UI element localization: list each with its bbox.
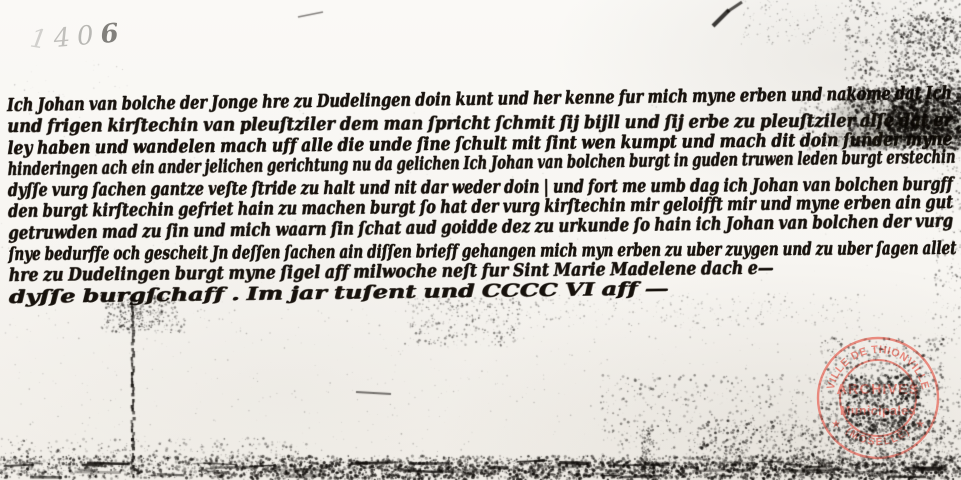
year-digit: 0 [76, 20, 102, 52]
manuscript-text-block: Ich Johan van bolche der Jonge hre zu Du… [7, 87, 961, 309]
svg-text:(MOSELLE): (MOSELLE) [843, 425, 913, 448]
star-icon: ★ [831, 419, 841, 431]
archive-stamp: VILLE DE THIONVILLE (MOSELLE) ARCHIVES M… [803, 324, 953, 476]
stamp-center-line1: ARCHIVES [837, 382, 920, 398]
manuscript-scan-page: 1406 Ich Johan van bolche der Jonge hre … [0, 0, 961, 480]
stamp-inner-circle [840, 360, 916, 436]
year-digit: 1 [28, 23, 56, 56]
year-digit: 4 [52, 22, 78, 54]
year-annotation: 1406 [29, 18, 127, 56]
star-icon: ★ [915, 419, 925, 431]
stamp-bottom-arc-text: (MOSELLE) [843, 425, 913, 448]
stamp-center-line2: Municipales [840, 404, 916, 418]
year-digit: 6 [99, 18, 127, 50]
